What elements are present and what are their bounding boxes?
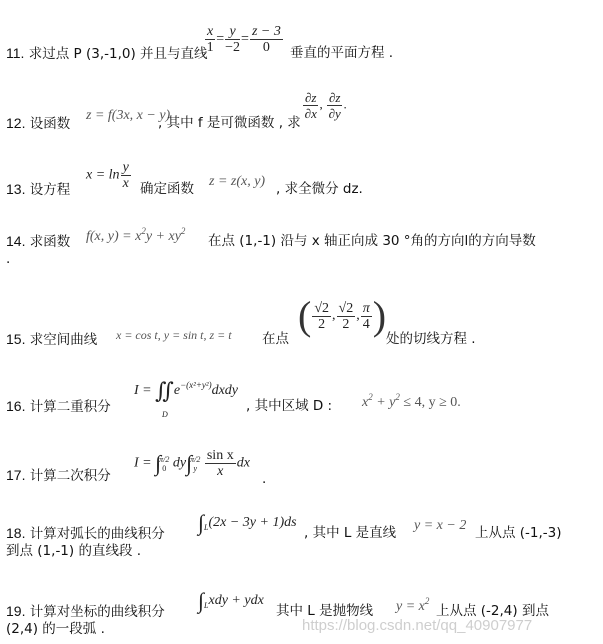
problem-18: 18. 计算对弧长的曲线积分 <box>6 524 165 543</box>
line-equation: x1=y−2=z − 30 <box>204 24 284 55</box>
line-formula: y = x − 2 <box>414 518 466 534</box>
parabola-formula: y = x2 <box>396 596 429 615</box>
problem-12: 12. 设函数 <box>6 114 70 133</box>
problem-17-tail: . <box>262 470 266 488</box>
problem-16-middle: , 其中区域 D : <box>246 397 332 415</box>
problem-11: 11. 求过点 P (3,-1,0) 并且与直线 <box>6 44 208 63</box>
problem-11-tail: 垂直的平面方程 . <box>290 44 393 62</box>
problem-17: 17. 计算二次积分 <box>6 466 111 485</box>
problem-15: 15. 求空间曲线 <box>6 330 97 349</box>
watermark: https://blog.csdn.net/qq_40907977 <box>302 617 532 634</box>
curve-formula: x = cos t, y = sin t, z = t <box>116 328 232 343</box>
problem-15-middle: 在点 <box>262 330 289 348</box>
partial-derivatives: ∂z∂x, ∂z∂y. <box>302 90 347 121</box>
double-integral-formula: I = ∬e−(x²+y²)dxdy <box>134 378 238 404</box>
problem-15-tail: 处的切线方程 . <box>386 330 476 348</box>
integral-domain: D <box>162 410 168 419</box>
tangent-point: (√22,√22,π4) <box>298 296 386 336</box>
problem-18-tail: 上从点 (-1,-3) <box>475 524 562 542</box>
problem-16: 16. 计算二重积分 <box>6 397 111 416</box>
problem-12-middle: , 其中 f 是可微函数 , 求 <box>158 114 301 132</box>
problem-14-tail: 在点 (1,-1) 沿与 x 轴正向成 30 °角的方向l的方向导数 <box>208 232 536 250</box>
problem-14: 14. 求函数 <box>6 232 70 251</box>
problem-13: 13. 设方程 <box>6 180 70 199</box>
problem-19: 19. 计算对坐标的曲线积分 <box>6 602 165 621</box>
problem-13-middle: 确定函数 <box>140 180 194 198</box>
problem-13-tail: , 求全微分 dz. <box>276 180 363 198</box>
equation-formula: x = lnyx <box>86 160 132 191</box>
coordinate-line-integral: ∫Lxdy + ydx <box>198 588 264 614</box>
region-formula: x2 + y2 ≤ 4, y ≥ 0. <box>362 392 461 411</box>
problem-14-continuation: . <box>6 250 10 268</box>
problem-text: 求过点 P (3,-1,0) 并且与直线 <box>29 46 208 62</box>
function-formula: f(x, y) = x2y + xy2 <box>86 226 185 245</box>
problem-number: 11. <box>6 45 24 61</box>
problem-18-continuation: 到点 (1,-1) 的直线段 . <box>6 542 141 560</box>
arc-length-integral: ∫L(2x − 3y + 1)ds <box>198 510 297 536</box>
problem-18-middle: , 其中 L 是直线 <box>304 524 396 542</box>
implicit-function-formula: z = z(x, y) <box>209 174 265 190</box>
iterated-integral-formula: I = ∫π/20 dy∫π/2y sin xxdx <box>134 448 250 479</box>
problem-19-continuation: (2,4) 的一段弧 . <box>6 620 105 638</box>
